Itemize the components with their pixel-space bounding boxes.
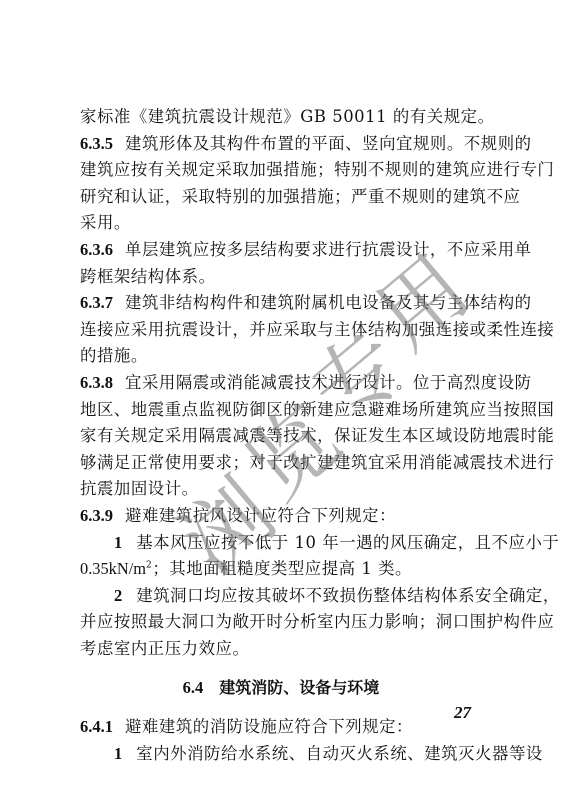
text-line: 采用。	[80, 210, 482, 237]
line-text: 采用。	[80, 213, 131, 232]
text-line: 连接应采用抗震设计，并应采取与主体结构加强连接或柔性连接	[80, 317, 482, 344]
line-text: 并应按照最大洞口为敞开时分析室内压力影响；洞口围护构件应	[80, 612, 554, 631]
list-item-1: 1室内外消防给水系统、自动灭火系统、建筑灭火器等设	[80, 741, 482, 768]
line-text: 的措施。	[80, 346, 148, 365]
clause-text: 宜采用隔震或消能减震技术进行设计。位于高烈度设防	[125, 373, 532, 392]
clause-text: 建筑形体及其构件布置的平面、竖向宜规则。不规则的	[125, 134, 532, 153]
clause-number: 6.3.8	[80, 373, 113, 392]
section-number: 6.4	[183, 678, 204, 697]
clause-6-3-6: 6.3.6单层建筑应按多层结构要求进行抗震设计，不应采用单	[80, 237, 482, 264]
line-text: 地区、地震重点监视防御区的新建应急避难场所建筑应当按照国	[80, 400, 554, 419]
line-text: 连接应采用抗震设计，并应采取与主体结构加强连接或柔性连接	[80, 320, 554, 339]
line-text: 家有关规定采用隔震减震等技术，保证发生本区域设防地震时能	[80, 426, 554, 445]
item-text: 室内外消防给水系统、自动灭火系统、建筑灭火器等设	[136, 744, 543, 763]
text-line: 够满足正常使用要求；对于改扩建建筑宜采用消能减震技术进行	[80, 450, 482, 477]
text-line: 家有关规定采用隔震减震等技术，保证发生本区域设防地震时能	[80, 423, 482, 450]
page-number: 27	[454, 703, 471, 723]
clause-number: 6.3.7	[80, 293, 113, 312]
clause-text: 建筑非结构构件和建筑附属机电设备及其与主体结构的	[125, 293, 532, 312]
text-line: 地区、地震重点监视防御区的新建应急避难场所建筑应当按照国	[80, 397, 482, 424]
item-text: 基本风压应按不低于 10 年一遇的风压确定，且不应小于	[136, 533, 559, 552]
line-text: 够满足正常使用要求；对于改扩建建筑宜采用消能减震技术进行	[80, 453, 554, 472]
clause-6-3-8: 6.3.8宜采用隔震或消能减震技术进行设计。位于高烈度设防	[80, 370, 482, 397]
clause-text: 避难建筑抗风设计应符合下列规定：	[125, 506, 396, 525]
line-text: 研究和认证，采取特别的加强措施；严重不规则的建筑不应	[80, 187, 520, 206]
clause-6-3-5: 6.3.5建筑形体及其构件布置的平面、竖向宜规则。不规则的	[80, 131, 482, 158]
text-line: 家标准《建筑抗震设计规范》GB 50011 的有关规定。	[80, 104, 482, 131]
clause-6-3-7: 6.3.7建筑非结构构件和建筑附属机电设备及其与主体结构的	[80, 290, 482, 317]
clause-6-3-9: 6.3.9避难建筑抗风设计应符合下列规定：	[80, 503, 482, 530]
clause-text: 单层建筑应按多层结构要求进行抗震设计，不应采用单	[125, 240, 532, 259]
line-text: 跨框架结构体系。	[80, 267, 216, 286]
text-line: 的措施。	[80, 343, 482, 370]
section-heading: 6.4建筑消防、设备与环境	[80, 668, 482, 708]
clause-number: 6.3.5	[80, 134, 113, 153]
line-text: 建筑应按有关规定采取加强措施；特别不规则的建筑应进行专门	[80, 160, 554, 179]
item-number: 1	[114, 744, 122, 763]
item-number: 2	[114, 586, 122, 605]
clause-number: 6.4.1	[80, 717, 113, 736]
item-number: 1	[114, 533, 122, 552]
text-line: 0.35kN/m2；其地面粗糙度类型应提高 1 类。	[80, 556, 482, 583]
text-line: 建筑应按有关规定采取加强措施；特别不规则的建筑应进行专门	[80, 157, 482, 184]
document-page: 家标准《建筑抗震设计规范》GB 50011 的有关规定。 6.3.5建筑形体及其…	[80, 104, 482, 768]
text-line: 并应按照最大洞口为敞开时分析室内压力影响；洞口围护构件应	[80, 609, 482, 636]
text-line: 考虑室内正压力效应。	[80, 636, 482, 663]
line-text: 抗震加固设计。	[80, 479, 199, 498]
item-text: 建筑洞口均应按其破坏不致损伤整体结构体系安全确定，	[136, 586, 560, 605]
text-line: 抗震加固设计。	[80, 476, 482, 503]
clause-6-4-1: 6.4.1避难建筑的消防设施应符合下列规定：	[80, 714, 482, 741]
list-item-1: 1基本风压应按不低于 10 年一遇的风压确定，且不应小于	[80, 530, 482, 557]
unit-value: 0.35kN/m	[80, 559, 146, 578]
line-text: 家标准《建筑抗震设计规范》GB 50011 的有关规定。	[80, 107, 495, 126]
section-title: 建筑消防、设备与环境	[219, 678, 379, 697]
line-text: 考虑室内正压力效应。	[80, 639, 249, 658]
clause-number: 6.3.6	[80, 240, 113, 259]
list-item-2: 2建筑洞口均应按其破坏不致损伤整体结构体系安全确定，	[80, 583, 482, 610]
clause-text: 避难建筑的消防设施应符合下列规定：	[125, 717, 413, 736]
text-line: 跨框架结构体系。	[80, 264, 482, 291]
line-text: ；其地面粗糙度类型应提高 1 类。	[152, 559, 412, 578]
clause-number: 6.3.9	[80, 506, 113, 525]
text-line: 研究和认证，采取特别的加强措施；严重不规则的建筑不应	[80, 184, 482, 211]
